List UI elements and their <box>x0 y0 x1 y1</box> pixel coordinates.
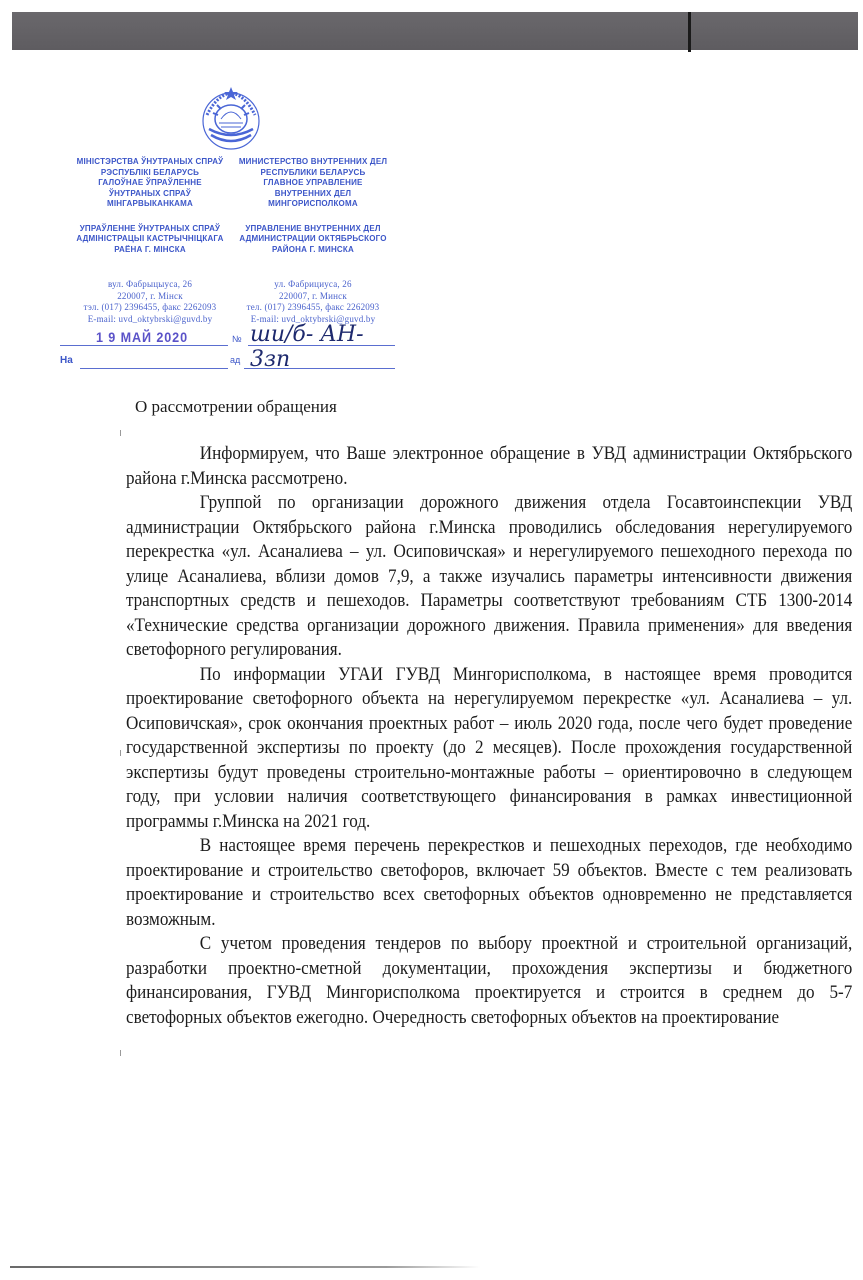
text-line: тэл. (017) 2396455, факс 2262093 <box>65 302 235 314</box>
letterhead-russian: МИНИСТЕРСТВО ВНУТРЕННИХ ДЕЛ РЕСПУБЛИКИ Б… <box>228 157 398 325</box>
coat-of-arms-icon <box>197 85 265 153</box>
ministry-name-ru: МИНИСТЕРСТВО ВНУТРЕННИХ ДЕЛ РЕСПУБЛИКИ Б… <box>228 157 398 210</box>
text-line: ГАЛОЎНАЕ ЎПРАЎЛЕННЕ <box>65 178 235 189</box>
text-line: РАЙОНА Г. МИНСКА <box>228 245 398 256</box>
department-name-ru: УПРАВЛЕНИЕ ВНУТРЕННИХ ДЕЛ АДМИНИСТРАЦИИ … <box>228 224 398 256</box>
address-ru: ул. Фабрициуса, 26 220007, г. Минск тел.… <box>228 279 398 325</box>
ref-underline <box>80 368 228 369</box>
text-line: 220007, г. Минск <box>228 291 398 303</box>
registration-row: 1 9 МАЙ 2020 № ши/б- АН- 3зп <box>60 326 395 348</box>
text-line: МИНИСТЕРСТВО ВНУТРЕННИХ ДЕЛ <box>228 157 398 168</box>
document-subject: О рассмотрении обращения <box>135 397 337 417</box>
text-line: МІНГАРВЫКАНКАМА <box>65 199 235 210</box>
text-line: РАЁНА Г. МІНСКА <box>65 245 235 256</box>
paragraph: Группой по организации дорожного движени… <box>126 491 852 663</box>
text-line: ЎНУТРАНЫХ СПРАЎ <box>65 189 235 200</box>
text-line: АДМИНИСТРАЦИИ ОКТЯБРЬСКОГО <box>228 234 398 245</box>
text-line: МІНІСТЭРСТВА ЎНУТРАНЫХ СПРАЎ <box>65 157 235 168</box>
text-line: вул. Фабрыцыуса, 26 <box>65 279 235 291</box>
document-body: Информируем, что Ваше электронное обраще… <box>126 442 852 1030</box>
ref-date-underline <box>244 368 395 369</box>
text-line: ВНУТРЕННИХ ДЕЛ <box>228 189 398 200</box>
reference-row: На ад <box>60 353 395 371</box>
date-stamp: 1 9 МАЙ 2020 <box>96 329 188 345</box>
paragraph: Информируем, что Ваше электронное обраще… <box>126 442 852 491</box>
ministry-name-be: МІНІСТЭРСТВА ЎНУТРАНЫХ СПРАЎ РЭСПУБЛІКІ … <box>65 157 235 210</box>
ref-label: На <box>60 355 73 366</box>
scan-artifact <box>120 750 121 756</box>
text-line: УПРАВЛЕНИЕ ВНУТРЕННИХ ДЕЛ <box>228 224 398 235</box>
text-line: ул. Фабрициуса, 26 <box>228 279 398 291</box>
text-line: ГЛАВНОЕ УПРАВЛЕНИЕ <box>228 178 398 189</box>
email-text: E-mail: uvd_oktybrski@guvd.by <box>65 314 235 326</box>
text-line: тел. (017) 2396455, факс 2262093 <box>228 302 398 314</box>
letterhead: МІНІСТЭРСТВА ЎНУТРАНЫХ СПРАЎ РЭСПУБЛІКІ … <box>60 85 400 375</box>
date-underline <box>60 345 228 346</box>
text-line: АДМІНІСТРАЦЫІ КАСТРЫЧНІЦКАГА <box>65 234 235 245</box>
text-line: 220007, г. Мінск <box>65 291 235 303</box>
scan-artifact <box>120 430 121 436</box>
paragraph: По информации УГАИ ГУВД Мингорисполкома,… <box>126 663 852 835</box>
paragraph: С учетом проведения тендеров по выбору п… <box>126 932 852 1030</box>
paragraph: В настоящее время перечень перекрестков … <box>126 834 852 932</box>
text-line: РЭСПУБЛІКІ БЕЛАРУСЬ <box>65 168 235 179</box>
text-line: МИНГОРИСПОЛКОМА <box>228 199 398 210</box>
scan-artifact <box>120 1050 121 1056</box>
number-label: № <box>232 334 242 344</box>
address-be: вул. Фабрыцыуса, 26 220007, г. Мінск тэл… <box>65 279 235 325</box>
ref-date-label: ад <box>230 355 240 365</box>
scanner-mark <box>688 12 691 52</box>
scanner-bottom-edge <box>10 1266 480 1268</box>
scanner-edge-bar <box>12 12 858 50</box>
department-name-be: УПРАЎЛЕННЕ ЎНУТРАНЫХ СПРАЎ АДМІНІСТРАЦЫІ… <box>65 224 235 256</box>
text-line: РЕСПУБЛИКИ БЕЛАРУСЬ <box>228 168 398 179</box>
letterhead-belarusian: МІНІСТЭРСТВА ЎНУТРАНЫХ СПРАЎ РЭСПУБЛІКІ … <box>65 157 235 325</box>
text-line: УПРАЎЛЕННЕ ЎНУТРАНЫХ СПРАЎ <box>65 224 235 235</box>
